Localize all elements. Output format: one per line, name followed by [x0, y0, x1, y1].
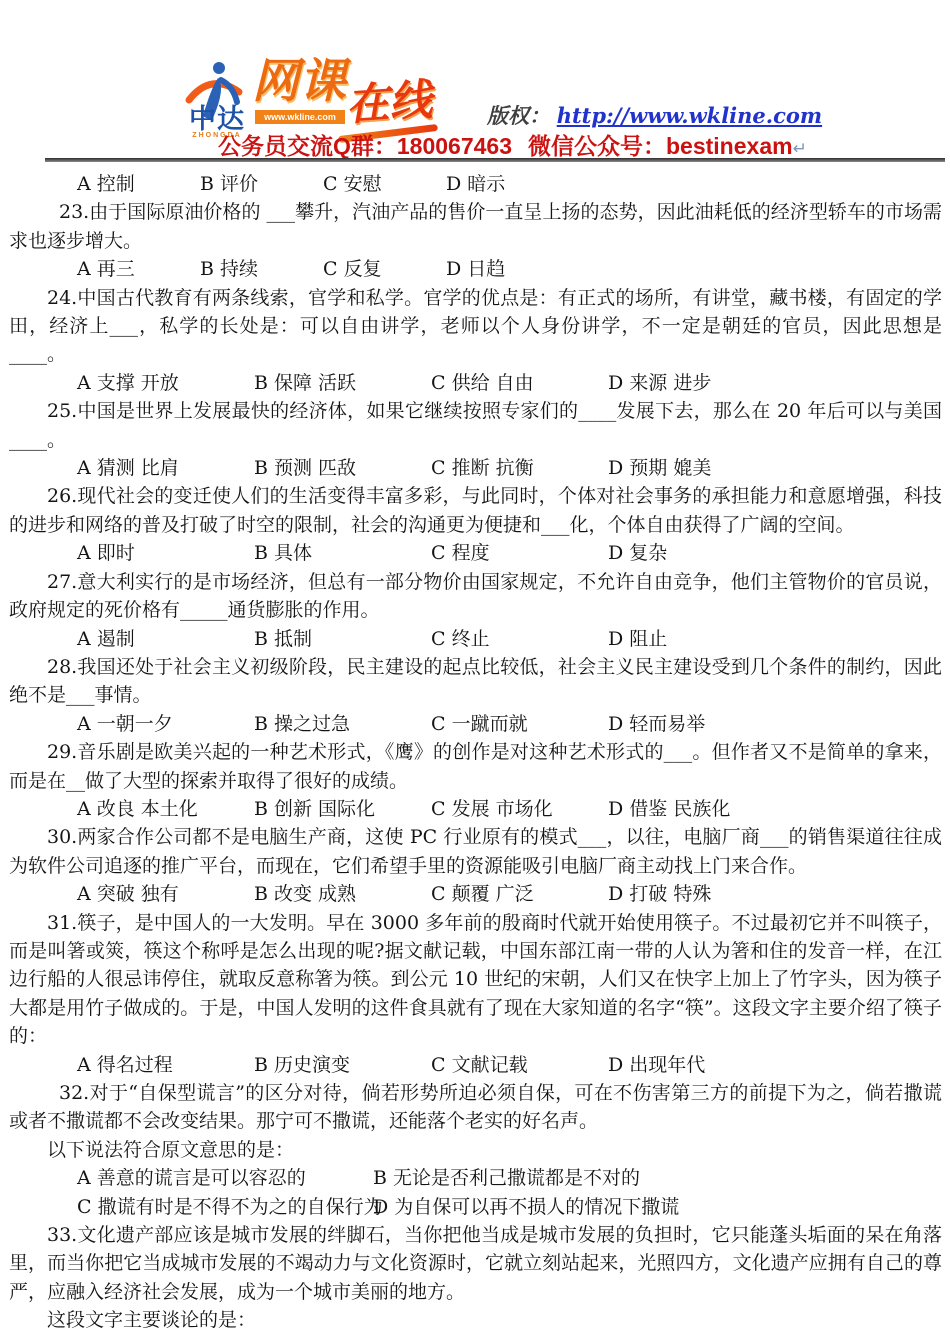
- option-item: A 一朝一夕: [77, 710, 254, 738]
- options-row: A 善意的谎言是可以容忍的B 无论是否利己撒谎都是不对的: [9, 1164, 942, 1192]
- qq-group-text: 公务员交流Q群：180067463: [218, 128, 512, 161]
- option-item: C 颠覆 广泛: [431, 880, 608, 908]
- paragraph-return-mark: ↵: [793, 139, 807, 158]
- exam-document-page: 中达 ZHONGDA 网课 www.wkline.com 在线 版权： http…: [0, 0, 950, 1335]
- option-item: A 得名过程: [77, 1051, 254, 1079]
- option-item: D 日趋: [446, 255, 505, 283]
- option-item: A 控制: [77, 170, 200, 198]
- wechat-text: 微信公众号：bestinexam↵: [528, 128, 807, 161]
- option-item: A 即时: [77, 539, 254, 567]
- option-item: D 阻止: [608, 625, 667, 653]
- option-item: D 为自保可以再不损人的情况下撒谎: [373, 1193, 679, 1221]
- copyright-label: 版权：: [487, 103, 550, 128]
- question-paragraph: 24.中国古代教育有两条线索，官学和私学。官学的优点是：有正式的场所，有讲堂，藏…: [9, 284, 942, 369]
- header: 中达 ZHONGDA 网课 www.wkline.com 在线 版权： http…: [0, 0, 950, 166]
- option-item: B 预测 匹敌: [254, 454, 431, 482]
- option-item: B 创新 国际化: [254, 795, 431, 823]
- copyright-line: 版权： http://www.wkline.com: [487, 100, 822, 130]
- option-item: C 安慰: [323, 170, 446, 198]
- option-item: A 突破 独有: [77, 880, 254, 908]
- option-item: A 善意的谎言是可以容忍的: [77, 1164, 373, 1192]
- option-item: C 程度: [431, 539, 608, 567]
- option-item: D 出现年代: [608, 1051, 705, 1079]
- copyright-link[interactable]: http://www.wkline.com: [557, 103, 822, 128]
- option-item: B 保障 活跃: [254, 369, 431, 397]
- option-item: D 轻而易举: [608, 710, 705, 738]
- option-item: A 遏制: [77, 625, 254, 653]
- option-item: B 具体: [254, 539, 431, 567]
- options-row: C 撒谎有时是不得不为之的自保行为D 为自保可以再不损人的情况下撒谎: [9, 1193, 942, 1221]
- question-paragraph: 27.意大利实行的是市场经济，但总有一部分物价由国家规定，不允许自由竞争，他们主…: [9, 568, 942, 625]
- question-paragraph: 32.对于“自保型谎言”的区分对待，倘若形势所迫必须自保，可在不伤害第三方的前提…: [9, 1079, 942, 1136]
- options-row: A 得名过程B 历史演变C 文献记载D 出现年代: [9, 1051, 942, 1079]
- option-item: C 推断 抗衡: [431, 454, 608, 482]
- option-item: B 持续: [200, 255, 323, 283]
- wechat-label: 微信公众号：bestinexam: [528, 133, 793, 159]
- option-item: B 改变 成熟: [254, 880, 431, 908]
- option-item: A 支撑 开放: [77, 369, 254, 397]
- option-item: D 打破 特殊: [608, 880, 711, 908]
- question-paragraph: 23.由于国际原油价格的 ___攀升，汽油产品的售价一直呈上扬的态势，因此油耗低…: [9, 198, 942, 255]
- site-title-word2: 在线: [345, 77, 434, 129]
- options-row: A 改良 本土化B 创新 国际化C 发展 市场化D 借鉴 民族化: [9, 795, 942, 823]
- option-item: C 供给 自由: [431, 369, 608, 397]
- options-row: A 一朝一夕B 操之过急C 一蹴而就D 轻而易举: [9, 710, 942, 738]
- option-item: B 无论是否利己撒谎都是不对的: [373, 1164, 640, 1192]
- question-paragraph: 31.筷子，是中国人的一大发明。早在 3000 多年前的殷商时代就开始使用筷子。…: [9, 909, 942, 1051]
- options-row: A 突破 独有B 改变 成熟C 颠覆 广泛D 打破 特殊: [9, 880, 942, 908]
- options-row: A 即时B 具体C 程度D 复杂: [9, 539, 942, 567]
- option-item: D 暗示: [446, 170, 505, 198]
- question-list: A 控制B 评价C 安慰D 暗示23.由于国际原油价格的 ___攀升，汽油产品的…: [0, 166, 950, 1335]
- option-item: B 历史演变: [254, 1051, 431, 1079]
- options-row: A 控制B 评价C 安慰D 暗示: [9, 170, 942, 198]
- option-item: C 文献记载: [431, 1051, 608, 1079]
- question-paragraph: 30.两家合作公司都不是电脑生产商，这使 PC 行业原有的模式___，以往，电脑…: [9, 823, 942, 880]
- question-paragraph: 29.音乐剧是欧美兴起的一种艺术形式，《鹰》的创作是对这种艺术形式的___。但作…: [9, 738, 942, 795]
- option-item: C 发展 市场化: [431, 795, 608, 823]
- question-paragraph: 这段文字主要谈论的是：: [9, 1306, 942, 1334]
- option-item: C 撒谎有时是不得不为之的自保行为: [77, 1193, 373, 1221]
- option-item: D 借鉴 民族化: [608, 795, 730, 823]
- site-title-word1: 网课: [252, 56, 346, 106]
- option-item: A 再三: [77, 255, 200, 283]
- option-item: D 来源 进步: [608, 369, 711, 397]
- option-item: D 预期 媲美: [608, 454, 711, 482]
- option-item: A 猜测 比肩: [77, 454, 254, 482]
- options-row: A 再三B 持续C 反复D 日趋: [9, 255, 942, 283]
- options-row: A 支撑 开放B 保障 活跃C 供给 自由D 来源 进步: [9, 369, 942, 397]
- question-paragraph: 33.文化遗产部应该是城市发展的绊脚石，当你把他当成是城市发展的负担时，它只能蓬…: [9, 1221, 942, 1306]
- option-item: C 一蹴而就: [431, 710, 608, 738]
- question-paragraph: 28.我国还处于社会主义初级阶段，民主建设的起点比较低，社会主义民主建设受到几个…: [9, 653, 942, 710]
- option-item: B 抵制: [254, 625, 431, 653]
- question-paragraph: 25.中国是世界上发展最快的经济体，如果它继续按照专家们的____发展下去，那么…: [9, 397, 942, 454]
- question-paragraph: 26.现代社会的变迁使人们的生活变得丰富多彩，与此同时，个体对社会事务的承担能力…: [9, 482, 942, 539]
- header-divider: [45, 158, 945, 162]
- option-item: A 改良 本土化: [77, 795, 254, 823]
- options-row: A 遏制B 抵制C 终止D 阻止: [9, 625, 942, 653]
- options-row: A 猜测 比肩B 预测 匹敌C 推断 抗衡D 预期 媲美: [9, 454, 942, 482]
- option-item: D 复杂: [608, 539, 667, 567]
- site-url-banner: www.wkline.com: [255, 110, 345, 124]
- question-paragraph: 以下说法符合原文意思的是：: [9, 1136, 942, 1164]
- option-item: B 操之过急: [254, 710, 431, 738]
- option-item: C 终止: [431, 625, 608, 653]
- option-item: B 评价: [200, 170, 323, 198]
- option-item: C 反复: [323, 255, 446, 283]
